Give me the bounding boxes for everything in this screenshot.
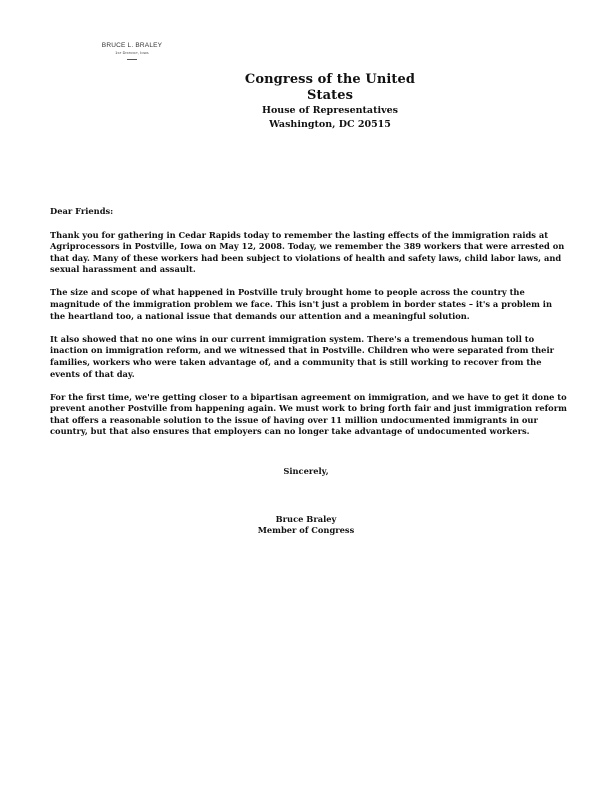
letterhead-subtitle: House of Representatives bbox=[220, 104, 440, 118]
header-divider bbox=[127, 59, 137, 60]
paragraph-4: For the first time, we're getting closer… bbox=[50, 392, 570, 438]
salutation: Dear Friends: bbox=[50, 206, 570, 218]
paragraph-2: The size and scope of what happened in P… bbox=[50, 287, 570, 322]
letterhead: Congress of the United States House of R… bbox=[220, 72, 440, 132]
letter-page: BRUCE L. BRALEY 1st District, Iowa Congr… bbox=[0, 0, 612, 792]
member-header: BRUCE L. BRALEY 1st District, Iowa bbox=[92, 42, 172, 60]
member-district: 1st District, Iowa bbox=[92, 51, 172, 55]
signature-block: Bruce Braley Member of Congress bbox=[216, 514, 396, 536]
signature-name: Bruce Braley bbox=[216, 514, 396, 525]
letter-body: Dear Friends: Thank you for gathering in… bbox=[50, 206, 570, 450]
paragraph-3: It also showed that no one wins in our c… bbox=[50, 334, 570, 380]
paragraph-1: Thank you for gathering in Cedar Rapids … bbox=[50, 230, 570, 276]
closing: Sincerely, bbox=[216, 466, 396, 476]
letterhead-title: Congress of the United States bbox=[220, 72, 440, 104]
member-name: BRUCE L. BRALEY bbox=[92, 42, 172, 49]
signature-title: Member of Congress bbox=[216, 525, 396, 536]
letterhead-city: Washington, DC 20515 bbox=[220, 118, 440, 132]
